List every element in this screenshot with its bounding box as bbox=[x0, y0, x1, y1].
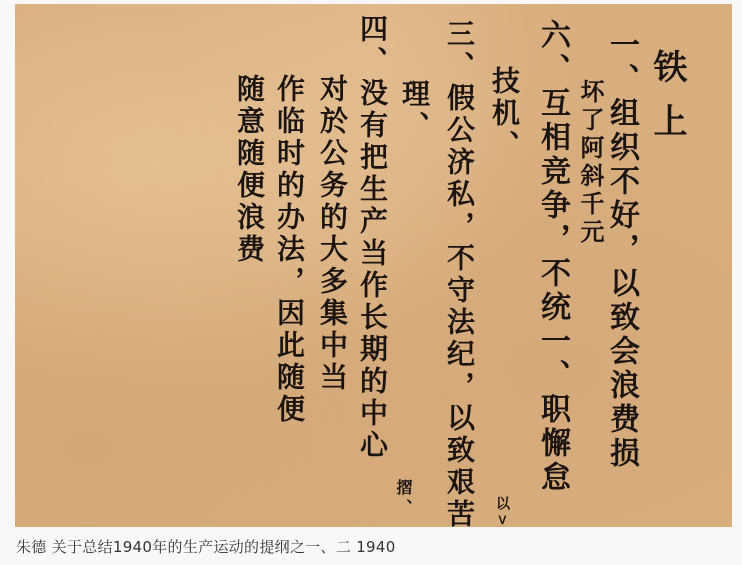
calligraphy-column: 坏了阿斜千元 bbox=[578, 79, 602, 247]
image-caption: 朱德 关于总结1940年的生产运动的提纲之一、二 1940 bbox=[16, 536, 396, 557]
calligraphy-column: 六、互相竞争，不统一、职懈怠 bbox=[537, 19, 567, 495]
calligraphy-column: 对於公务的大多集中当 bbox=[318, 74, 346, 394]
calligraphy-column: 理、 bbox=[400, 79, 428, 143]
calligraphy-column: 以> bbox=[495, 496, 509, 527]
calligraphy-column: 作临时的办法，因此随便 bbox=[275, 74, 303, 426]
calligraphy-column: 四、没有把生产当作长期的中心 bbox=[358, 14, 386, 462]
calligraphy-column: 一、组织不好，以致会浪费损 bbox=[606, 29, 636, 471]
calligraphy-column: 三、假公济私，不守法纪，以致艰苦 bbox=[445, 19, 473, 527]
calligraphy-column: 铁 上 bbox=[650, 49, 684, 141]
manuscript-photo: 铁 上一、组织不好，以致会浪费损坏了阿斜千元六、互相竞争，不统一、职懈怠技机、三… bbox=[15, 4, 732, 527]
calligraphy-column: 技机、 bbox=[490, 66, 518, 162]
calligraphy-column: 随意随便浪费 bbox=[235, 74, 263, 266]
calligraphy-column: 摺、 bbox=[395, 479, 411, 519]
